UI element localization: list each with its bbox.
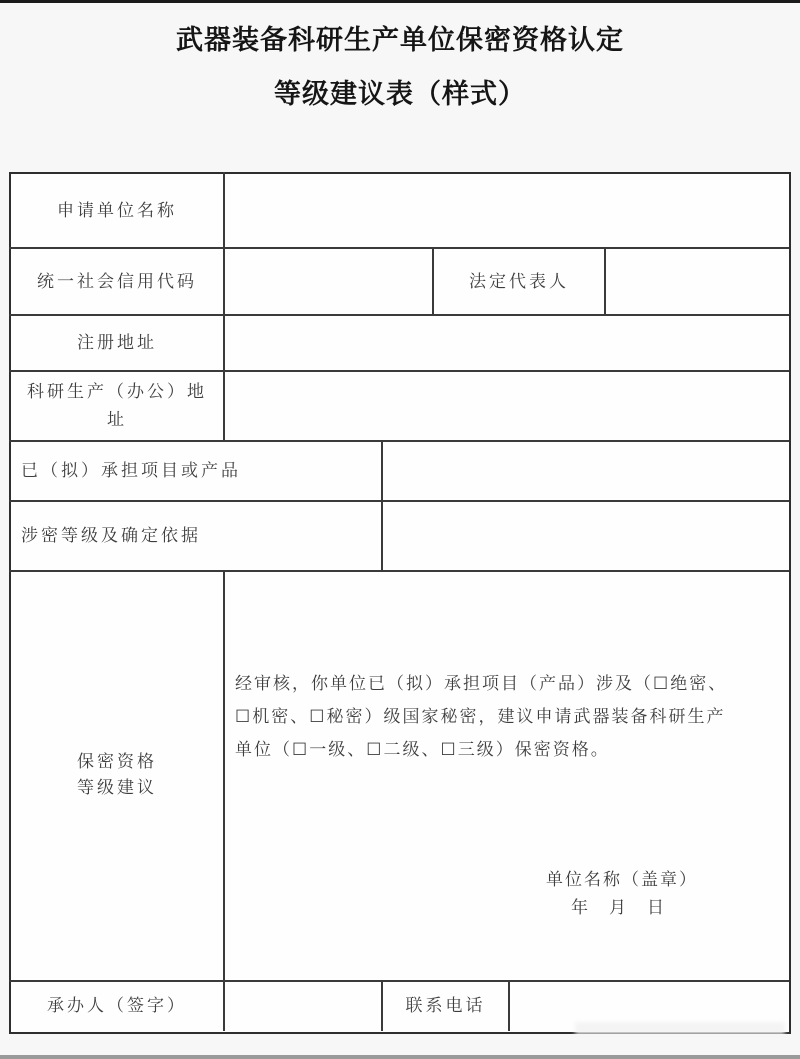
recommendation-text: 经审核，你单位已（拟）承担项目（产品）涉及（☐绝密、 ☐机密、☐秘密）级国家秘密… <box>235 668 780 767</box>
applicant-name-label: 申请单位名称 <box>11 174 223 247</box>
recommendation-label: 保密资格 等级建议 <box>11 740 223 810</box>
recommendation-label-line2: 等级建议 <box>77 775 157 801</box>
row-divider <box>9 570 789 572</box>
document-title: 武器装备科研生产单位保密资格认定 <box>0 18 800 57</box>
projects-field[interactable] <box>383 442 787 500</box>
classification-basis-field[interactable] <box>383 502 787 570</box>
recommendation-label-line1: 保密资格 <box>77 749 157 775</box>
office-address-label-line1: 科研生产（办公）地 <box>27 378 207 406</box>
handler-signature-field[interactable] <box>225 982 381 1030</box>
phone-label: 联系电话 <box>383 982 508 1030</box>
legal-rep-label: 法定代表人 <box>434 249 604 314</box>
col-divider <box>223 571 225 1031</box>
projects-label: 已（拟）承担项目或产品 <box>11 442 381 500</box>
registered-address-label: 注册地址 <box>11 316 223 370</box>
recommendation-text-line1: 经审核，你单位已（拟）承担项目（产品）涉及（☐绝密、 <box>235 668 780 701</box>
seal-label: 单位名称（盖章） <box>546 865 698 890</box>
recommendation-text-line3: 单位（☐一级、☐二级、☐三级）保密资格。 <box>235 734 780 767</box>
classification-basis-label: 涉密等级及确定依据 <box>11 502 381 570</box>
legal-rep-field[interactable] <box>606 249 787 314</box>
credit-code-label: 统一社会信用代码 <box>11 249 223 314</box>
office-address-label-line2: 址 <box>107 406 127 434</box>
document-subtitle: 等级建议表（样式） <box>0 72 800 111</box>
recommendation-text-line2: ☐机密、☐秘密）级国家秘密，建议申请武器装备科研生产 <box>235 701 780 734</box>
bottom-edge <box>0 1055 800 1059</box>
date-label: 年 月 日 <box>571 893 666 918</box>
top-edge <box>0 0 800 3</box>
handler-label: 承办人（签字） <box>11 982 223 1030</box>
registered-address-field[interactable] <box>225 316 787 370</box>
applicant-name-field[interactable] <box>225 174 787 247</box>
office-address-label: 科研生产（办公）地 址 <box>11 372 223 440</box>
office-address-field[interactable] <box>225 372 787 440</box>
watermark-smudge <box>575 1022 785 1034</box>
credit-code-field[interactable] <box>225 249 432 314</box>
